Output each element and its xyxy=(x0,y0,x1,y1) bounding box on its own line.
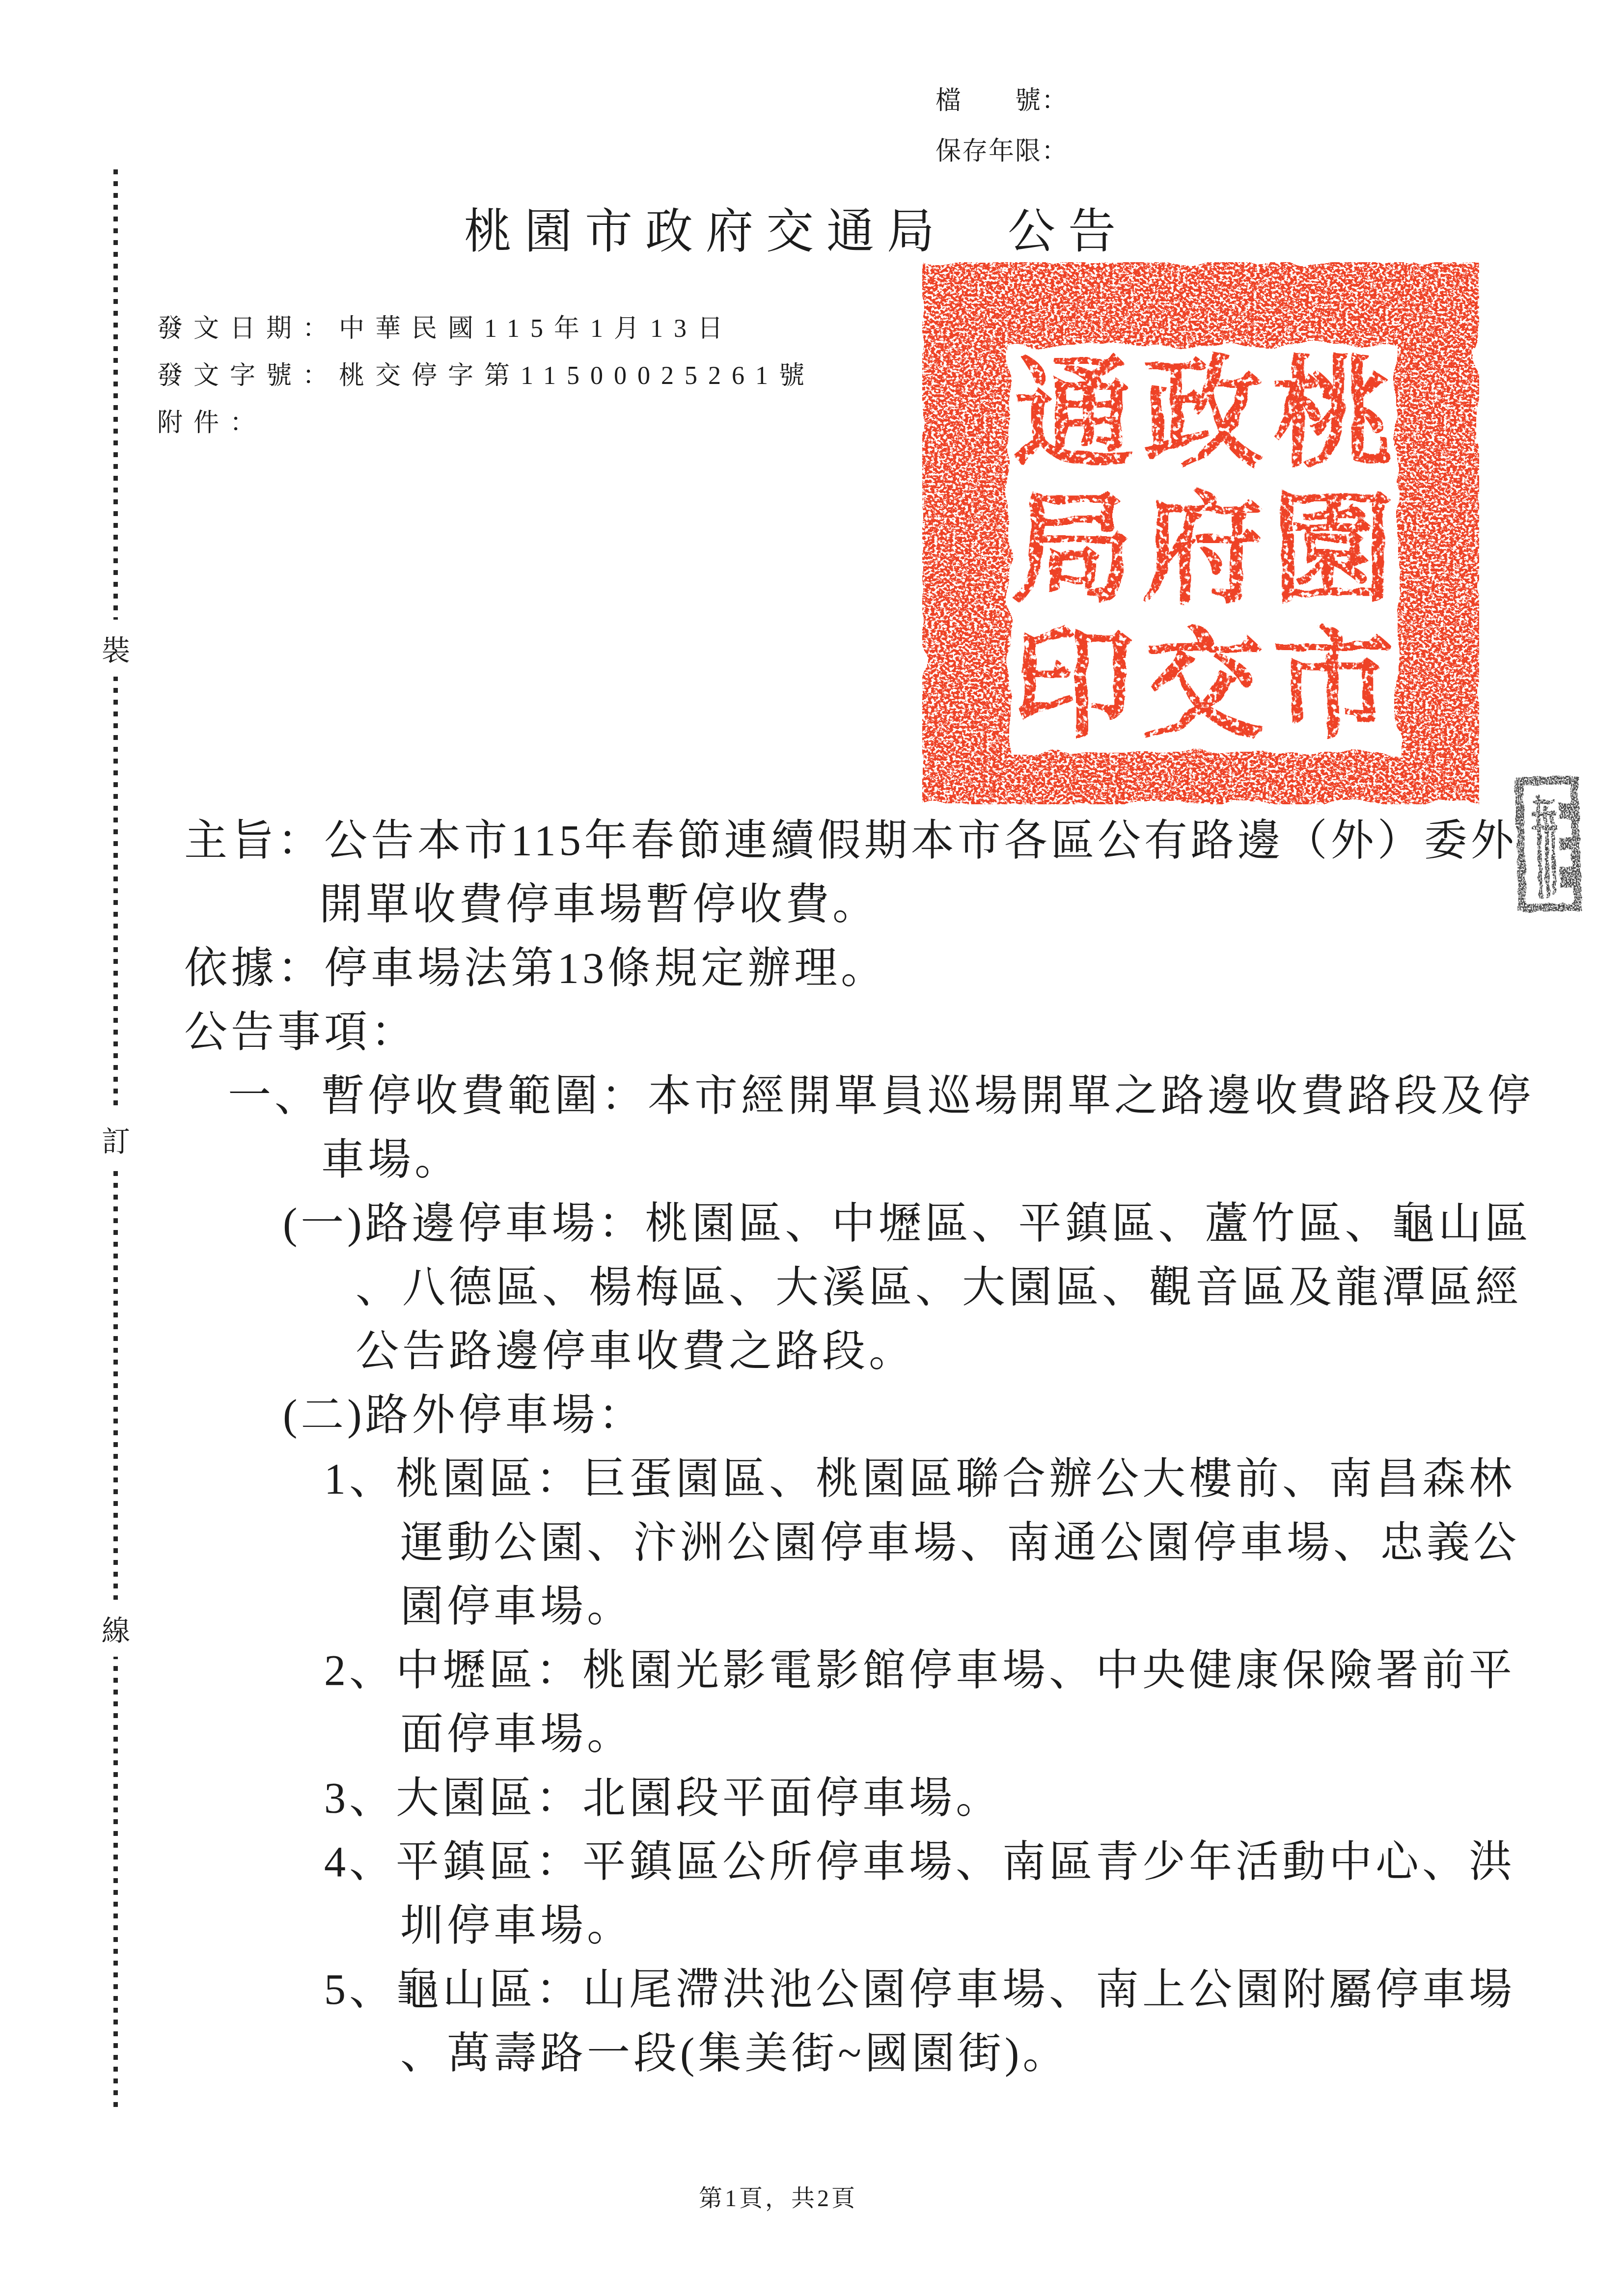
body-line: 開單收費停車場暫停收費。 xyxy=(319,873,1624,937)
body-line: (一)路邊停車場：桃園區、中壢區、平鎮區、蘆竹區、龜山區 xyxy=(283,1192,1624,1256)
seal-char: 交 xyxy=(1142,618,1264,753)
body-line: 一、暫停收費範圍：本市經開單員巡場開單之路邊收費路段及停 xyxy=(228,1065,1624,1128)
body-line: 依據：停車場法第13條規定辦理。 xyxy=(184,937,1624,1001)
page-title: 桃園市政府交通局 公告 xyxy=(464,192,1129,261)
body-line: 運動公園、汴洲公園停車場、南通公園停車場、忠義公 xyxy=(400,1511,1624,1575)
doc-number-line: 發文字號：桃交停字第11500025261號 xyxy=(157,355,815,391)
body-line: 面停車場。 xyxy=(400,1703,1624,1767)
body-line: 3、大園區：北園段平面停車場。 xyxy=(324,1767,1624,1831)
body-line: (二)路外停車場： xyxy=(283,1384,1624,1448)
seal-char: 印 xyxy=(1013,618,1134,753)
file-number-label: 檔 號： xyxy=(936,80,1068,116)
seal-char: 園 xyxy=(1272,483,1394,618)
attachment-line: 附件： xyxy=(157,402,266,438)
seal-char: 桃 xyxy=(1272,347,1394,482)
issue-date-line: 發文日期：中華民國115年1月13日 xyxy=(157,307,734,344)
body-line: 公告事項： xyxy=(184,1001,1624,1065)
body-line: 5、龜山區：山尾滯洪池公園停車場、南上公園附屬停車場 xyxy=(324,1958,1624,2022)
body-line: 1、桃園區：巨蛋園區、桃園區聯合辦公大樓前、南昌森林 xyxy=(324,1448,1624,1511)
body-line: 主旨：公告本市115年春節連續假期本市各區公有路邊（外）委外 xyxy=(184,809,1624,873)
official-announcement-page: 檔 號： 保存年限： 桃園市政府交通局 公告 發文日期：中華民國115年1月13… xyxy=(0,0,1624,2296)
seal-char: 政 xyxy=(1142,347,1264,482)
seal-script-characters: 桃 園 市 政 府 交 通 局 印 xyxy=(1013,347,1394,753)
seal-char: 通 xyxy=(1013,347,1134,482)
agency-seal-stamp: 桃 園 市 政 府 交 通 局 印 xyxy=(922,262,1479,804)
body-line: 、八德區、楊梅區、大溪區、大園區、觀音區及龍潭區經 xyxy=(356,1256,1624,1320)
binding-label-zhuang: 裝 xyxy=(100,620,132,677)
body-text: 主旨：公告本市115年春節連續假期本市各區公有路邊（外）委外開單收費停車場暫停收… xyxy=(0,809,1624,2086)
retention-period-label: 保存年限： xyxy=(936,130,1068,167)
body-line: 4、平鎮區：平鎮區公所停車場、南區青少年活動中心、洪 xyxy=(324,1831,1624,1894)
body-line: 車場。 xyxy=(321,1128,1624,1192)
page-indicator: 第1頁，共2頁 xyxy=(699,2179,857,2213)
seal-char: 府 xyxy=(1142,483,1264,618)
seal-char: 市 xyxy=(1272,618,1394,753)
body-line: 、萬壽路一段(集美街~國園街)。 xyxy=(400,2022,1624,2086)
seal-char: 局 xyxy=(1013,483,1134,618)
body-line: 2、中壢區：桃園光影電影館停車場、中央健康保險署前平 xyxy=(324,1639,1624,1703)
body-line: 園停車場。 xyxy=(400,1575,1624,1639)
body-line: 圳停車場。 xyxy=(400,1894,1624,1958)
body-line: 公告路邊停車收費之路段。 xyxy=(356,1320,1624,1384)
